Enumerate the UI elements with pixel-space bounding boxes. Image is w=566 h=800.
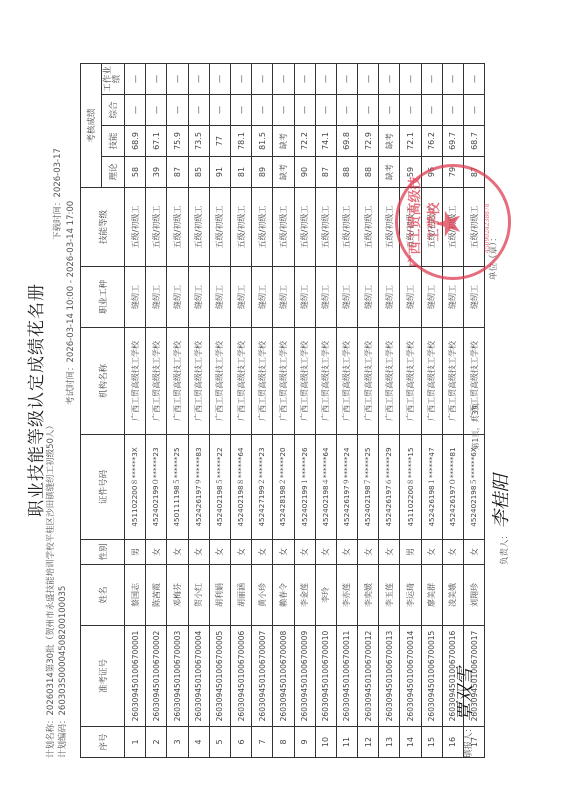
table-row: 152603094501006700015廖美群女452426198１*****… [421,64,442,758]
cell-work: — [209,64,230,95]
cell-gender: 女 [421,540,442,565]
cell-org: 广西工贸高级技工学校 [273,328,294,435]
cell-job: 缝纫工 [230,267,251,328]
table-row: 42603094501006700004贺小红女452426197９******… [188,64,209,758]
cell-gender: 女 [167,540,188,565]
cell-theory: 缺考 [379,157,400,188]
cell-overall: — [230,95,251,126]
table-row: 132603094501006700013李玉莲女452426197６*****… [379,64,400,758]
exam-time-label: 考试时间： [66,362,76,405]
cell-skill: 67.1 [146,126,167,157]
cell-overall: — [442,95,463,126]
download-time-value: 2026-03-17 [53,148,63,197]
cell-level: 五级/初级工 [252,188,273,267]
header-work: 工作业绩 [102,64,125,95]
cell-level: 五级/初级工 [336,188,357,267]
cell-org: 广西工贸高级技工学校 [336,328,357,435]
compiler-signature: 覃双雪 [455,667,476,721]
cell-job: 缝纫工 [252,267,273,328]
cell-name: 赖春令 [273,565,294,626]
cell-job: 缝纫工 [442,267,463,328]
header-ticket: 准考证号 [81,626,125,727]
header-theory: 理论 [102,157,125,188]
cell-overall: — [167,95,188,126]
cell-ticket: 2603094501006700013 [379,626,400,727]
cell-theory: 90 [294,157,315,188]
cell-id-number: 452402198５******6X [464,435,485,540]
cell-name: 李金莲 [294,565,315,626]
cell-org: 广西工贸高级技工学校 [167,328,188,435]
cell-ticket: 2603094501006700011 [336,626,357,727]
cell-ticket: 2603094501006700003 [167,626,188,727]
cell-theory: 91 [209,157,230,188]
cell-gender: 女 [294,540,315,565]
cell-seq: 14 [400,727,421,758]
table-row: 32603094501006700003邓梅芬女450111198５******… [167,64,188,758]
cell-work: — [421,64,442,95]
cell-ticket: 2603094501006700004 [188,626,209,727]
cell-id-number: 452426197６******29 [379,435,400,540]
cell-level: 五级/初级工 [125,188,146,267]
cell-work: — [315,64,336,95]
exam-time-value: 2026-03-14 10:00 - 2026-03-14 17:00 [66,201,76,363]
cell-name: 贺小红 [188,565,209,626]
cell-theory: 85 [188,157,209,188]
cell-skill: 76.2 [421,126,442,157]
responsible-label: 负责人： [500,531,510,565]
download-time-label: 下载时间： [53,197,63,240]
cell-seq: 15 [421,727,442,758]
cell-seq: 6 [230,727,251,758]
cell-level: 五级/初级工 [273,188,294,267]
cell-id-number: 452426197９******24 [336,435,357,540]
header-org: 机构名称 [81,328,125,435]
cell-name: 李玲 [315,565,336,626]
cell-work: — [167,64,188,95]
exam-time: 考试时间：2026-03-14 10:00 - 2026-03-14 17:00 [65,201,77,405]
cell-overall: — [379,95,400,126]
cell-overall: — [146,95,167,126]
cell-job: 缝纫工 [400,267,421,328]
cell-name: 凌美娥 [442,565,463,626]
cell-level: 五级/初级工 [379,188,400,267]
table-row: 102603094501006700010李玲女452402198４******… [315,64,336,758]
cell-org: 广西工贸高级技工学校 [188,328,209,435]
cell-ticket: 2603094501006700007 [252,626,273,727]
cell-job: 缝纫工 [167,267,188,328]
unit-seal-label: 单位（章）： [487,233,499,280]
roster-body: 12603094501006700001蔡国志男451102200８******… [125,64,485,758]
cell-seq: 1 [125,727,146,758]
cell-theory: 87 [315,157,336,188]
cell-theory: 81 [230,157,251,188]
cell-id-number: 452426197０******81 [442,435,463,540]
cell-skill: 缺考 [273,126,294,157]
cell-ticket: 2603094501006700001 [125,626,146,727]
cell-skill: 69.8 [336,126,357,157]
table-row: 62603094501006700006胡丽涵女452402198８******… [230,64,251,758]
cell-theory: 58 [125,157,146,188]
cell-job: 缝纫工 [146,267,167,328]
cell-theory: 缺考 [273,157,294,188]
cell-work: — [146,64,167,95]
cell-work: — [252,64,273,95]
cell-ticket: 2603094501006700009 [294,626,315,727]
cell-org: 广西工贸高级技工学校 [400,328,421,435]
cell-gender: 男 [125,540,146,565]
roster-page: 职业技能等级认定成绩花名册 计划名称：20260314第30批（贺州市永盛技能培… [0,0,566,800]
cell-work: — [273,64,294,95]
cell-gender: 男 [400,540,421,565]
cell-overall: — [464,95,485,126]
plan-code-label: 计划编码： [58,715,68,758]
cell-seq: 5 [209,727,230,758]
cell-name: 胡利娟 [209,565,230,626]
cell-work: — [442,64,463,95]
cell-level: 五级/初级工 [294,188,315,267]
cell-theory: 88 [358,157,379,188]
plan-name-line: 计划名称：20260314第30批（贺州市永盛技能培训学校平桂区沙田镇缝纫工初级… [45,338,57,758]
table-row: 162603094501006700016凌美娥女452426197０*****… [442,64,463,758]
cell-seq: 13 [379,727,400,758]
cell-level: 五级/初级工 [230,188,251,267]
cell-name: 邓梅芬 [167,565,188,626]
responsible-person: 负责人： 李桂阳 [487,474,513,565]
cell-org: 广西工贸高级技工学校 [209,328,230,435]
cell-job: 缝纫工 [188,267,209,328]
cell-level: 五级/初级工 [315,188,336,267]
cell-org: 广西工贸高级技工学校 [442,328,463,435]
cell-level: 五级/初级工 [442,188,463,267]
cell-org: 广西工贸高级技工学校 [379,328,400,435]
cell-skill: 78.1 [230,126,251,157]
cell-ticket: 2603094501006700002 [146,626,167,727]
cell-skill: 69.7 [442,126,463,157]
cell-id-number: 450111198５******25 [167,435,188,540]
cell-gender: 女 [188,540,209,565]
cell-job: 缝纫工 [379,267,400,328]
cell-skill: 77 [209,126,230,157]
cell-gender: 女 [209,540,230,565]
cell-name: 廖美群 [421,565,442,626]
responsible-signature: 李桂阳 [491,474,512,528]
header-gender: 性别 [81,540,125,565]
cell-id-number: 452402199１******26 [294,435,315,540]
plan-code: 260303S00004508200100035 [58,586,68,716]
cell-theory: 87 [167,157,188,188]
cell-job: 缝纫工 [464,267,485,328]
cell-job: 缝纫工 [273,267,294,328]
cell-skill: 72.1 [400,126,421,157]
cell-org: 广西工贸高级技工学校 [252,328,273,435]
cell-id-number: 452402199０******23 [146,435,167,540]
cell-org: 广西工贸高级技工学校 [230,328,251,435]
cell-theory: 87 [464,157,485,188]
plan-name-label: 计划名称： [46,715,56,758]
cell-overall: — [336,95,357,126]
cell-overall: — [125,95,146,126]
cell-ticket: 2603094501006700006 [230,626,251,727]
cell-skill: 68.9 [125,126,146,157]
cell-id-number: 451102200８******15 [400,435,421,540]
cell-job: 缝纫工 [421,267,442,328]
cell-work: — [358,64,379,95]
header-seq: 序号 [81,727,125,758]
cell-gender: 女 [464,540,485,565]
cell-theory: 89 [252,157,273,188]
cell-gender: 女 [252,540,273,565]
cell-gender: 女 [358,540,379,565]
header-level: 技能等级 [81,188,125,267]
cell-level: 五级/初级工 [146,188,167,267]
cell-job: 缝纫工 [315,267,336,328]
cell-org: 广西工贸高级技工学校 [125,328,146,435]
cell-theory: 79 [442,157,463,188]
cell-level: 五级/初级工 [188,188,209,267]
header-overall: 综合 [102,95,125,126]
cell-seq: 10 [315,727,336,758]
table-row: 112603094501006700011李亦莲女452426197９*****… [336,64,357,758]
cell-level: 五级/初级工 [209,188,230,267]
cell-theory: 39 [146,157,167,188]
cell-overall: — [358,95,379,126]
table-row: 22603094501006700002陈茜霞女452402199０******… [146,64,167,758]
cell-overall: — [273,95,294,126]
cell-gender: 女 [336,540,357,565]
cell-overall: — [421,95,442,126]
cell-skill: 72.9 [358,126,379,157]
cell-org: 广西工贸高级技工学校 [421,328,442,435]
header-id-number: 证件号码 [81,435,125,540]
cell-level: 五级/初级工 [400,188,421,267]
cell-name: 李玉莲 [379,565,400,626]
cell-skill: 68.7 [464,126,485,157]
table-row: 82603094501006700008赖春令女452428198２******… [273,64,294,758]
page-title: 职业技能等级认定成绩花名册 [22,250,47,550]
table-row: 72603094501006700007黄小珍女452427199２******… [252,64,273,758]
cell-gender: 女 [273,540,294,565]
roster-table: 序号 准考证号 姓名 性别 证件号码 机构名称 职业工种 技能等级 考核成绩 理… [80,63,485,758]
cell-id-number: 452426197９******83 [188,435,209,540]
table-row: 92603094501006700009李金莲女452402199１******… [294,64,315,758]
cell-work: — [464,64,485,95]
cell-org: 广西工贸高级技工学校 [146,328,167,435]
cell-name: 李亦莲 [336,565,357,626]
cell-skill: 74.1 [315,126,336,157]
header-skill: 技能 [102,126,125,157]
cell-gender: 女 [230,540,251,565]
cell-name: 陈茜霞 [146,565,167,626]
cell-seq: 9 [294,727,315,758]
cell-seq: 7 [252,727,273,758]
cell-ticket: 2603094501006700008 [273,626,294,727]
cell-level: 五级/初级工 [421,188,442,267]
cell-overall: — [400,95,421,126]
cell-seq: 2 [146,727,167,758]
cell-ticket: 2603094501006700012 [358,626,379,727]
cell-id-number: 452402198７******25 [358,435,379,540]
cell-skill: 73.5 [188,126,209,157]
table-row: 52603094501006700005胡利娟女452402198５******… [209,64,230,758]
cell-ticket: 2603094501006700014 [400,626,421,727]
cell-id-number: 452427199２******23 [252,435,273,540]
cell-work: — [125,64,146,95]
cell-job: 缝纫工 [336,267,357,328]
cell-name: 胡丽涵 [230,565,251,626]
cell-seq: 3 [167,727,188,758]
cell-overall: — [252,95,273,126]
cell-overall: — [209,95,230,126]
cell-name: 李奕媛 [358,565,379,626]
cell-theory: 88 [336,157,357,188]
compiler-label: 填报人： [464,724,474,758]
header-name: 姓名 [81,565,125,626]
cell-level: 五级/初级工 [464,188,485,267]
cell-skill: 81.5 [252,126,273,157]
cell-id-number: 452426198１******47 [421,435,442,540]
cell-name: 李运琦 [400,565,421,626]
cell-theory: 59 [400,157,421,188]
header-job: 职业工种 [81,267,125,328]
header-scores-group: 考核成绩 [81,64,102,188]
cell-overall: — [188,95,209,126]
table-row: 12603094501006700001蔡国志男451102200８******… [125,64,146,758]
cell-gender: 女 [146,540,167,565]
cell-seq: 8 [273,727,294,758]
cell-work: — [379,64,400,95]
cell-overall: — [294,95,315,126]
cell-org: 广西工贸高级技工学校 [315,328,336,435]
plan-name: 20260314第30批（贺州市永盛技能培训学校平桂区沙田镇缝纫工初级50人） [46,421,56,715]
cell-ticket: 2603094501006700015 [421,626,442,727]
cell-work: — [336,64,357,95]
cell-id-number: 452428198２******20 [273,435,294,540]
page-info: 第1页，共3页 [470,403,481,450]
cell-job: 缝纫工 [358,267,379,328]
compiler: 填报人： 覃双雪 [451,667,477,758]
cell-gender: 女 [379,540,400,565]
cell-job: 缝纫工 [125,267,146,328]
download-time: 下载时间：2026-03-17 [52,148,64,240]
cell-org: 广西工贸高级技工学校 [358,328,379,435]
cell-work: — [400,64,421,95]
cell-seq: 4 [188,727,209,758]
cell-job: 缝纫工 [294,267,315,328]
cell-level: 五级/初级工 [167,188,188,267]
cell-skill: 75.9 [167,126,188,157]
cell-name: 蔡国志 [125,565,146,626]
cell-id-number: 452402198８******64 [230,435,251,540]
cell-skill: 缺考 [379,126,400,157]
cell-work: — [294,64,315,95]
cell-theory: 96 [421,157,442,188]
cell-org: 广西工贸高级技工学校 [294,328,315,435]
cell-level: 五级/初级工 [358,188,379,267]
cell-ticket: 2603094501006700005 [209,626,230,727]
cell-name: 刘翔珍 [464,565,485,626]
cell-job: 缝纫工 [209,267,230,328]
cell-name: 黄小珍 [252,565,273,626]
cell-seq: 12 [358,727,379,758]
cell-seq: 11 [336,727,357,758]
table-row: 142603094501006700014李运琦男451102200８*****… [400,64,421,758]
cell-id-number: 452402198４******64 [315,435,336,540]
cell-work: — [230,64,251,95]
table-row: 122603094501006700012李奕媛女452402198７*****… [358,64,379,758]
cell-id-number: 452402198５******22 [209,435,230,540]
cell-overall: — [315,95,336,126]
cell-gender: 女 [315,540,336,565]
cell-work: — [188,64,209,95]
cell-id-number: 451102200８******3X [125,435,146,540]
cell-ticket: 2603094501006700010 [315,626,336,727]
cell-skill: 72.2 [294,126,315,157]
cell-gender: 女 [442,540,463,565]
